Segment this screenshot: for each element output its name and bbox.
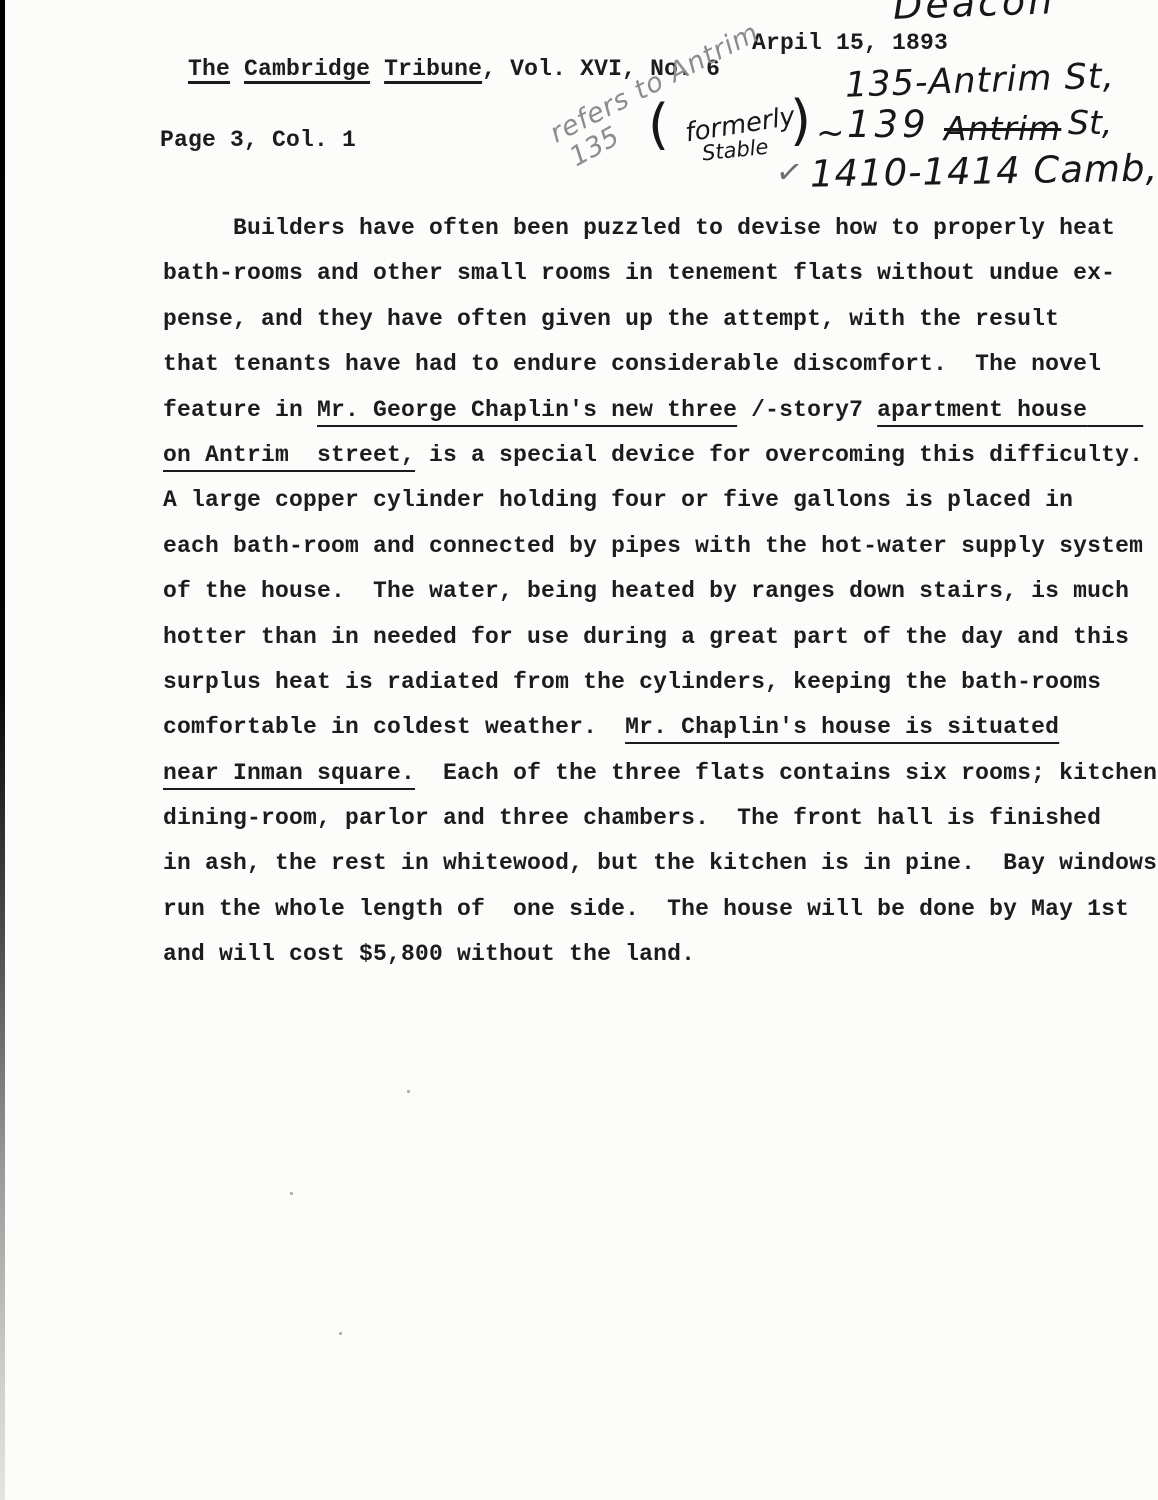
typed-text: and will cost $5,800 without the land. [163,941,695,967]
body-line: surplus heat is radiated from the cylind… [163,660,1158,705]
body-line: in ash, the rest in whitewood, but the k… [163,841,1158,886]
body-line: run the whole length of one side. The ho… [163,887,1158,932]
typed-text: run the whole length of one side. The ho… [163,896,1129,922]
typed-text: pense, and they have often given up the … [163,306,1059,332]
body-line: feature in Mr. George Chaplin's new thre… [163,388,1158,433]
body-line: and will cost $5,800 without the land. [163,932,1158,977]
hand-underlined-text [1087,397,1143,423]
newspaper-title: The Cambridge Tribune [188,56,482,82]
body-line: bath-rooms and other small rooms in tene… [163,251,1158,296]
handwritten-paren-open: ( [648,98,669,152]
page-reference: Page 3, Col. 1 [160,127,356,153]
typed-text: dining-room, parlor and three chambers. … [163,805,1101,831]
checkmark-icon: ✓ [774,154,805,189]
handwritten-corner-note: Deacon [892,0,1055,25]
title-word: The [188,56,230,82]
paper-speck [290,1192,293,1195]
handwritten-paren-close: ) [790,94,811,148]
hand-underlined-text: Mr. George Chaplin's new three [317,397,737,423]
body-line: of the house. The water, being heated by… [163,569,1158,614]
body-line: dining-room, parlor and three chambers. … [163,796,1158,841]
title-word: Cambridge [244,56,370,82]
typed-text: feature in [163,397,317,423]
typed-text: bath-rooms and other small rooms in tene… [163,260,1115,286]
body-line: pense, and they have often given up the … [163,297,1158,342]
typed-text: that tenants have had to endure consider… [163,351,1101,377]
body-line: comfortable in coldest weather. Mr. Chap… [163,705,1158,750]
paper-speck [407,1090,410,1093]
typed-text: is a special device for overcoming this … [415,442,1143,468]
typed-text: of the house. The water, being heated by… [163,578,1129,604]
article-body: Builders have often been puzzled to devi… [163,206,1158,978]
hand-underlined-text: near Inman square. [163,760,415,786]
handwritten-address-2-number: 139 [847,106,930,143]
typed-text: comfortable in coldest weather. [163,714,625,740]
handwritten-dash: ~ [816,116,845,150]
typed-text: hotter than in needed for use during a g… [163,624,1129,650]
body-line: that tenants have had to endure consider… [163,342,1158,387]
handwritten-address-2-suffix: St, [1068,106,1112,139]
typed-text: Each of the three flats contains six roo… [415,760,1157,786]
handwritten-address-1: 135-Antrim St, [844,59,1115,103]
handwritten-address-2-struck: Antrim [944,112,1061,145]
typed-text: A large copper cylinder holding four or … [163,487,1073,513]
hand-underlined-text: apartment house [877,397,1087,423]
body-line: A large copper cylinder holding four or … [163,478,1158,523]
handwritten-address-3: 1410-1414 Camb, St, [810,148,1158,192]
body-line: each bath-room and connected by pipes wi… [163,524,1158,569]
paper-speck [339,1332,342,1335]
handwritten-stable: Stable [701,137,769,165]
hand-underlined-text: on Antrim street, [163,442,415,468]
body-line: on Antrim street, is a special device fo… [163,433,1158,478]
body-line: Builders have often been puzzled to devi… [163,206,1158,251]
date: Arpil 15, 1893 [752,30,948,56]
body-line: near Inman square. Each of the three fla… [163,751,1158,796]
scan-edge-artifact [0,0,5,1500]
title-word: Tribune [384,56,482,82]
typed-text: surplus heat is radiated from the cylind… [163,669,1101,695]
typed-text: /-story7 [737,397,877,423]
hand-underlined-text: Mr. Chaplin's house is situated [625,714,1059,740]
typed-text: in ash, the rest in whitewood, but the k… [163,850,1157,876]
body-line: hotter than in needed for use during a g… [163,615,1158,660]
typed-text: Builders have often been puzzled to devi… [163,215,1115,241]
typed-text: each bath-room and connected by pipes wi… [163,533,1143,559]
